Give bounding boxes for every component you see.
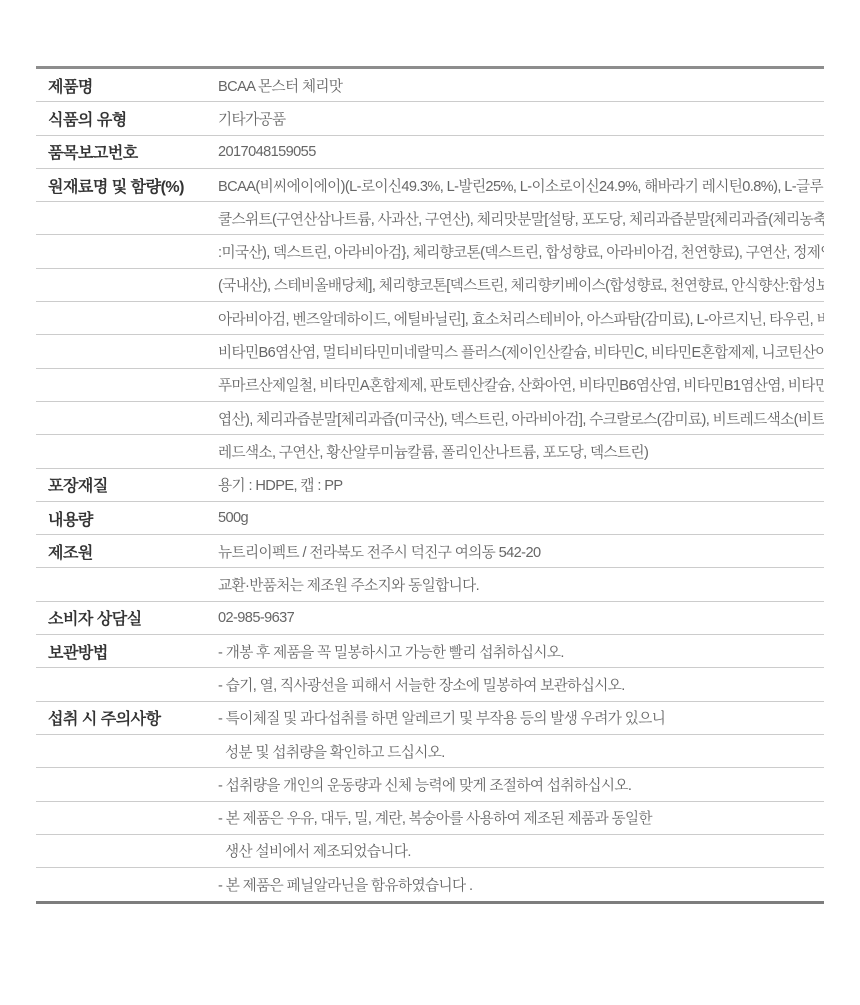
- table-row: (국내산), 스테비올배당체], 체리향코톤[덱스트린, 체리향키베이스(합성향…: [36, 269, 824, 302]
- table-row: 식품의 유형 기타가공품: [36, 102, 824, 135]
- row-value: - 특이체질 및 과다섭취를 하면 알레르기 및 부작용 등의 발생 우려가 있…: [218, 707, 824, 728]
- table-row: 푸마르산제일철, 비타민A혼합제제, 판토텐산칼슘, 산화아연, 비타민B6염산…: [36, 369, 824, 402]
- row-value: BCAA 몬스터 체리맛: [218, 75, 824, 96]
- row-value: 기타가공품: [218, 108, 824, 129]
- row-value: - 섭취량을 개인의 운동량과 신체 능력에 맞게 조절하여 섭취하십시오.: [218, 774, 824, 795]
- row-value: 용기 : HDPE, 캡 : PP: [218, 474, 824, 495]
- table-row: 성분 및 섭취량을 확인하고 드십시오.: [36, 735, 824, 768]
- row-value: 레드색소, 구연산, 황산알루미늄칼륨, 폴리인산나트륨, 포도당, 덱스트린): [218, 441, 824, 462]
- table-row: - 습기, 열, 직사광선을 피해서 서늘한 장소에 밀봉하여 보관하십시오.: [36, 668, 824, 701]
- row-value: 엽산), 체리과즙분말[체리과즙(미국산), 덱스트린, 아라비아검], 수크랄…: [218, 408, 824, 429]
- row-label: 섭취 시 주의사항: [36, 706, 218, 729]
- row-value: 교환·반품처는 제조원 주소지와 동일합니다.: [218, 574, 824, 595]
- table-row: - 본 제품은 페닐알라닌을 함유하였습니다 .: [36, 868, 824, 901]
- row-value: - 본 제품은 페닐알라닌을 함유하였습니다 .: [218, 874, 824, 895]
- table-row: 생산 설비에서 제조되었습니다.: [36, 835, 824, 868]
- table-row: - 섭취량을 개인의 운동량과 신체 능력에 맞게 조절하여 섭취하십시오.: [36, 768, 824, 801]
- row-value: (국내산), 스테비올배당체], 체리향코톤[덱스트린, 체리향키베이스(합성향…: [218, 274, 824, 295]
- table-row: 내용량 500g: [36, 502, 824, 535]
- row-value: BCAA(비씨에이에이)(L-로이신49.3%, L-발린25%, L-이소로이…: [218, 175, 824, 196]
- table-row: 비타민B6염산염, 멀티비타민미네랄믹스 플러스(제이인산칼슘, 비타민C, 비…: [36, 335, 824, 368]
- table-row: 엽산), 체리과즙분말[체리과즙(미국산), 덱스트린, 아라비아검], 수크랄…: [36, 402, 824, 435]
- row-value: 쿨스위트(구연산삼나트륨, 사과산, 구연산), 체리맛분말[설탕, 포도당, …: [218, 208, 824, 229]
- row-label: 품목보고번호: [36, 140, 218, 163]
- product-info-table: 제품명 BCAA 몬스터 체리맛 식품의 유형 기타가공품 품목보고번호 201…: [36, 66, 824, 904]
- row-value: 2017048159055: [218, 144, 824, 160]
- table-row: 제품명 BCAA 몬스터 체리맛: [36, 69, 824, 102]
- table-row: 품목보고번호 2017048159055: [36, 136, 824, 169]
- row-value: :미국산), 덱스트린, 아라비아검}, 체리향코톤(덱스트린, 합성향료, 아…: [218, 241, 824, 262]
- table-row: 보관방법 - 개봉 후 제품을 꼭 밀봉하시고 가능한 빨리 섭취하십시오.: [36, 635, 824, 668]
- table-row: 원재료명 및 함량(%) BCAA(비씨에이에이)(L-로이신49.3%, L-…: [36, 169, 824, 202]
- table-row: 제조원 뉴트리이펙트 / 전라북도 전주시 덕진구 여의동 542-20: [36, 535, 824, 568]
- row-value: 500g: [218, 510, 824, 526]
- row-label: 보관방법: [36, 640, 218, 663]
- row-label: 내용량: [36, 507, 218, 530]
- table-row: 아라비아검, 벤즈알데하이드, 에틸바닐린], 효소처리스테비아, 아스파탐(감…: [36, 302, 824, 335]
- row-label: 소비자 상담실: [36, 606, 218, 629]
- table-row: 포장재질 용기 : HDPE, 캡 : PP: [36, 469, 824, 502]
- row-value: 02-985-9637: [218, 610, 824, 626]
- row-value: 아라비아검, 벤즈알데하이드, 에틸바닐린], 효소처리스테비아, 아스파탐(감…: [218, 308, 824, 329]
- row-value: 뉴트리이펙트 / 전라북도 전주시 덕진구 여의동 542-20: [218, 541, 824, 562]
- row-label: 제품명: [36, 74, 218, 97]
- table-row: - 본 제품은 우유, 대두, 밀, 계란, 복숭아를 사용하여 제조된 제품과…: [36, 802, 824, 835]
- table-row: 교환·반품처는 제조원 주소지와 동일합니다.: [36, 568, 824, 601]
- row-value: 생산 설비에서 제조되었습니다.: [218, 840, 824, 861]
- row-value: 비타민B6염산염, 멀티비타민미네랄믹스 플러스(제이인산칼슘, 비타민C, 비…: [218, 341, 824, 362]
- table-row: 레드색소, 구연산, 황산알루미늄칼륨, 폴리인산나트륨, 포도당, 덱스트린): [36, 435, 824, 468]
- row-value: 푸마르산제일철, 비타민A혼합제제, 판토텐산칼슘, 산화아연, 비타민B6염산…: [218, 374, 824, 395]
- row-value: - 개봉 후 제품을 꼭 밀봉하시고 가능한 빨리 섭취하십시오.: [218, 641, 824, 662]
- table-row: 섭취 시 주의사항 - 특이체질 및 과다섭취를 하면 알레르기 및 부작용 등…: [36, 702, 824, 735]
- row-label: 제조원: [36, 540, 218, 563]
- table-row: 소비자 상담실 02-985-9637: [36, 602, 824, 635]
- table-row: 쿨스위트(구연산삼나트륨, 사과산, 구연산), 체리맛분말[설탕, 포도당, …: [36, 202, 824, 235]
- table-row: :미국산), 덱스트린, 아라비아검}, 체리향코톤(덱스트린, 합성향료, 아…: [36, 235, 824, 268]
- row-label: 원재료명 및 함량(%): [36, 174, 218, 197]
- row-label: 포장재질: [36, 473, 218, 496]
- row-label: 식품의 유형: [36, 107, 218, 130]
- row-value: - 습기, 열, 직사광선을 피해서 서늘한 장소에 밀봉하여 보관하십시오.: [218, 674, 824, 695]
- row-value: - 본 제품은 우유, 대두, 밀, 계란, 복숭아를 사용하여 제조된 제품과…: [218, 807, 824, 828]
- row-value: 성분 및 섭취량을 확인하고 드십시오.: [218, 741, 824, 762]
